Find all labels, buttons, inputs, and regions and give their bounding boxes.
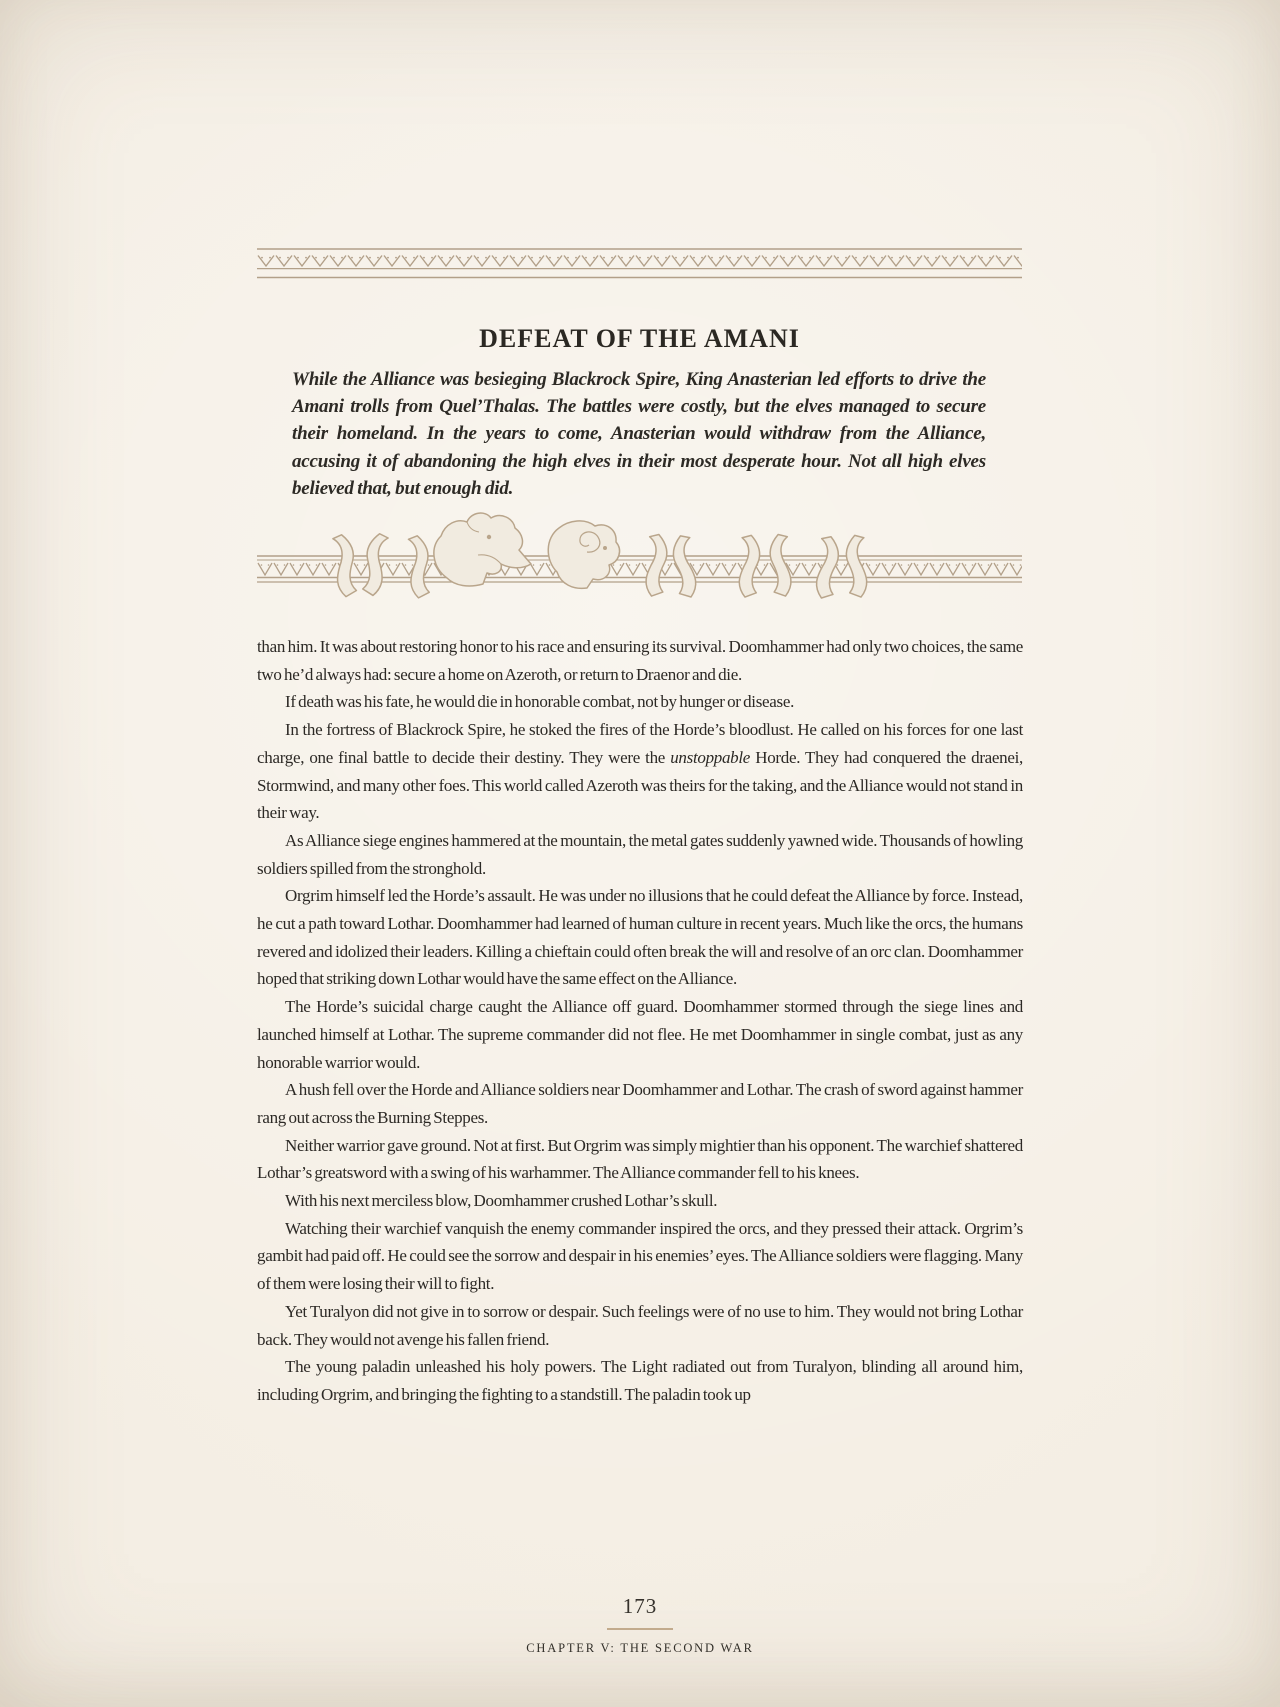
- body-paragraph: than him. It was about restoring honor t…: [257, 633, 1023, 688]
- body-paragraph: Orgrim himself led the Horde’s assault. …: [257, 882, 1023, 993]
- body-paragraph: The young paladin unleashed his holy pow…: [257, 1353, 1023, 1408]
- footer-rule: [607, 1628, 673, 1630]
- body-paragraph: In the fortress of Blackrock Spire, he s…: [257, 716, 1023, 827]
- body-paragraph: As Alliance siege engines hammered at th…: [257, 827, 1023, 882]
- body-paragraph: Yet Turalyon did not give in to sorrow o…: [257, 1298, 1023, 1353]
- body-paragraph: The Horde’s suicidal charge caught the A…: [257, 993, 1023, 1076]
- body-paragraph: Neither warrior gave ground. Not at firs…: [257, 1132, 1023, 1187]
- top-border-ornament: [257, 247, 1022, 280]
- divider-ornament: [257, 510, 1022, 622]
- ram-head-ornament: [548, 521, 619, 588]
- body-paragraph: If death was his fate, he would die in h…: [257, 688, 1023, 716]
- body-paragraph: A hush fell over the Horde and Alliance …: [257, 1076, 1023, 1131]
- body-text: than him. It was about restoring honor t…: [257, 633, 1023, 1409]
- body-paragraph: Watching their warchief vanquish the ene…: [257, 1215, 1023, 1298]
- chapter-footer: CHAPTER V: THE SECOND WAR: [0, 1641, 1280, 1656]
- page-number: 173: [0, 1594, 1280, 1619]
- body-paragraph: With his next merciless blow, Doomhammer…: [257, 1187, 1023, 1215]
- intro-paragraph: While the Alliance was besieging Blackro…: [292, 366, 986, 502]
- section-title: DEFEAT OF THE AMANI: [257, 322, 1022, 356]
